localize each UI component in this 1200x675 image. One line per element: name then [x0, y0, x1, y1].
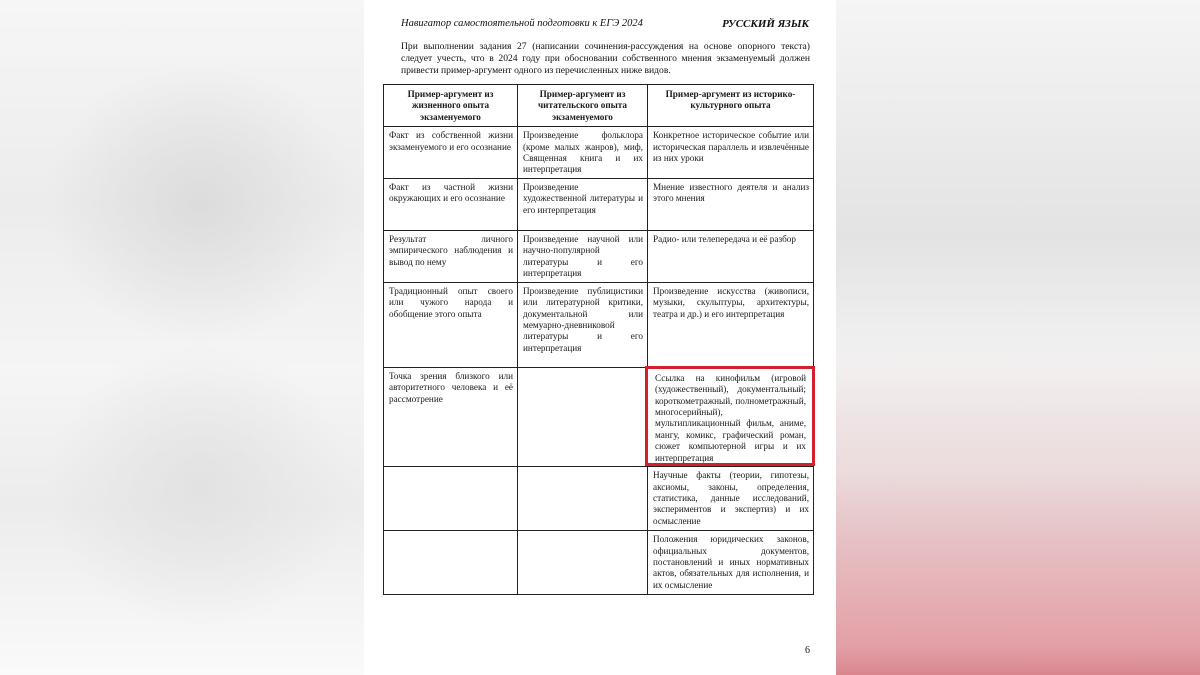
- header-cultural-experience: Пример-аргумент из историко-культурного …: [648, 85, 814, 127]
- table-row: Положения юридических законов, официальн…: [384, 531, 814, 595]
- table-cell: Результат личного эмпирического наблюден…: [384, 230, 518, 282]
- table-cell: Традиционный опыт своего или чужого наро…: [384, 282, 518, 367]
- table-row: Результат личного эмпирического наблюден…: [384, 230, 814, 282]
- blurred-background-right: [836, 0, 1200, 675]
- table-cell: [518, 367, 648, 466]
- intro-paragraph: При выполнении задания 27 (написании соч…: [401, 41, 810, 78]
- table-cell: Факт из частной жизни окружающих и его о…: [384, 178, 518, 230]
- table-header-row: Пример-аргумент из жизненного опыта экза…: [384, 85, 814, 127]
- table-cell: Точка зрения близкого или авторитетного …: [384, 367, 518, 466]
- table-row: Факт из собственной жизни экзаменуемого …: [384, 127, 814, 179]
- running-head-subject: РУССКИЙ ЯЗЫК: [722, 18, 809, 30]
- table-cell: [518, 531, 648, 595]
- table-row: Традиционный опыт своего или чужого наро…: [384, 282, 814, 367]
- table-row: Факт из частной жизни окружающих и его о…: [384, 178, 814, 230]
- table-cell: Произведение научной или научно-популярн…: [518, 230, 648, 282]
- table-cell: Научные факты (теории, гипотезы, аксиомы…: [648, 467, 814, 531]
- table-cell: Мнение известного деятеля и анализ этого…: [648, 178, 814, 230]
- table-row: Точка зрения близкого или авторитетного …: [384, 367, 814, 466]
- table-cell-highlighted: Ссылка на кинофильм (игровой (художестве…: [648, 367, 814, 466]
- table-cell: Произведение художественной литературы и…: [518, 178, 648, 230]
- table-cell: Конкретное историческое событие или исто…: [648, 127, 814, 179]
- running-head-title: Навигатор самостоятельной подготовки к Е…: [401, 18, 643, 29]
- table-cell: Произведение публицистики или литературн…: [518, 282, 648, 367]
- table-cell: Положения юридических законов, официальн…: [648, 531, 814, 595]
- argument-types-table: Пример-аргумент из жизненного опыта экза…: [383, 84, 814, 595]
- table-cell: [384, 531, 518, 595]
- table-cell: Произведение искусства (живописи, музыки…: [648, 282, 814, 367]
- table-cell: [518, 467, 648, 531]
- page-number: 6: [805, 645, 810, 656]
- header-life-experience: Пример-аргумент из жизненного опыта экза…: [384, 85, 518, 127]
- table-cell: [384, 467, 518, 531]
- document-page: Навигатор самостоятельной подготовки к Е…: [364, 0, 836, 675]
- table-cell: Радио- или телепередача и её разбор: [648, 230, 814, 282]
- blurred-background-left: [0, 0, 364, 675]
- table-row: Научные факты (теории, гипотезы, аксиомы…: [384, 467, 814, 531]
- table-cell: Произведение фольклора (кроме малых жанр…: [518, 127, 648, 179]
- header-reading-experience: Пример-аргумент из читательского опыта э…: [518, 85, 648, 127]
- table-cell: Факт из собственной жизни экзаменуемого …: [384, 127, 518, 179]
